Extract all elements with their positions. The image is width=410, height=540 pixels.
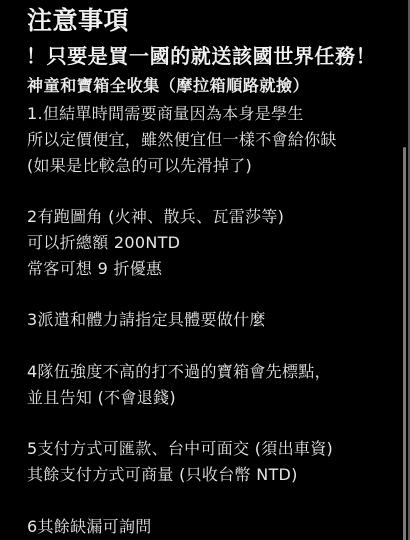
note-line: 1.但結單時間需要商量因為本身是學生 — [27, 101, 392, 127]
note-line: 其餘支付方式可商量 (只收台幣 NTD) — [27, 462, 392, 488]
note-line: 所以定價便宜，雖然便宜但一樣不會給你缺 — [27, 127, 392, 153]
section-heading: 神童和寶箱全收集（摩拉箱順路就撿） — [27, 75, 309, 97]
page-title: 注意事項 — [27, 6, 129, 36]
note-line: 6其餘缺漏可詢問 — [27, 514, 392, 540]
note-line: 2有跑圖角 (火神、散兵、瓦雷莎等) — [27, 204, 392, 230]
note-line: 3派遣和體力請指定具體要做什麼 — [27, 307, 392, 333]
note-line: 4隊伍強度不高的打不過的寶箱會先標點， — [27, 359, 392, 385]
vertical-scrollbar-thumb[interactable] — [403, 147, 406, 540]
blank-line — [27, 282, 392, 308]
note-line: (如果是比較急的可以先滑掉了) — [27, 153, 392, 179]
notes-body: 1.但結單時間需要商量因為本身是學生 所以定價便宜，雖然便宜但一樣不會給你缺 (… — [27, 101, 392, 540]
note-line: 可以折總額 200NTD — [27, 230, 392, 256]
blank-line — [27, 333, 392, 359]
blank-line — [27, 178, 392, 204]
blank-line — [27, 488, 392, 514]
note-line: 並且告知 (不會退錢) — [27, 385, 392, 411]
note-line: 5支付方式可匯款、台中可面交 (須出車資) — [27, 436, 392, 462]
promo-subtitle: ！只要是買一國的就送該國世界任務！ — [26, 43, 376, 69]
blank-line — [27, 411, 392, 437]
notes-page: 注意事項 ！只要是買一國的就送該國世界任務！ 神童和寶箱全收集（摩拉箱順路就撿）… — [0, 0, 400, 540]
note-line: 常客可想 9 折優惠 — [27, 256, 392, 282]
